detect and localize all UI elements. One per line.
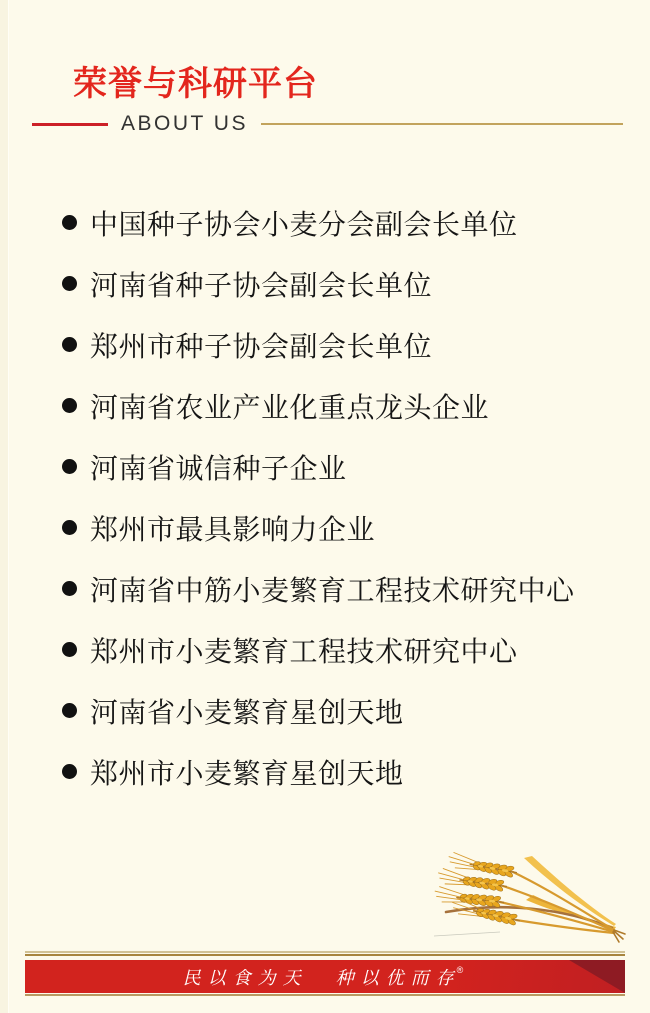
- bullet-icon: [62, 642, 77, 657]
- footer-slogan-bar: 民以食为天 种以优而存 ®: [25, 960, 625, 993]
- red-divider-line: [32, 123, 108, 126]
- bullet-icon: [62, 215, 77, 230]
- footer-gold-rule-light: [25, 951, 625, 953]
- honor-label: 郑州市最具影响力企业: [90, 508, 375, 548]
- list-item: 河南省小麦繁育星创天地: [62, 680, 575, 741]
- slogan-left-text: 民以食为天: [183, 964, 308, 990]
- bullet-icon: [62, 520, 77, 535]
- list-item: 郑州市小麦繁育星创天地: [62, 741, 575, 802]
- bullet-icon: [62, 398, 77, 413]
- honor-label: 河南省小麦繁育星创天地: [90, 691, 404, 731]
- honor-label: 河南省农业产业化重点龙头企业: [90, 386, 489, 426]
- honor-label: 郑州市小麦繁育工程技术研究中心: [90, 630, 518, 670]
- subtitle-row: ABOUT US: [32, 112, 623, 136]
- list-item: 河南省中筋小麦繁育工程技术研究中心: [62, 558, 575, 619]
- footer-corner-accent: [569, 960, 625, 993]
- honor-label: 郑州市种子协会副会长单位: [90, 325, 432, 365]
- list-item: 郑州市种子协会副会长单位: [62, 314, 575, 375]
- footer-gold-rule-dark: [25, 954, 625, 956]
- honor-label: 郑州市小麦繁育星创天地: [90, 752, 404, 792]
- bullet-icon: [62, 764, 77, 779]
- list-item: 河南省农业产业化重点龙头企业: [62, 375, 575, 436]
- registered-trademark-mark: ®: [457, 965, 464, 975]
- page-title: 荣誉与科研平台: [73, 56, 318, 105]
- honor-label: 河南省诚信种子企业: [90, 447, 347, 487]
- bullet-icon: [62, 276, 77, 291]
- honor-label: 中国种子协会小麦分会副会长单位: [90, 203, 518, 243]
- wheat-ears-icon: [428, 850, 628, 950]
- list-item: 河南省诚信种子企业: [62, 436, 575, 497]
- honor-label: 河南省种子协会副会长单位: [90, 264, 432, 304]
- list-item: 河南省种子协会副会长单位: [62, 253, 575, 314]
- honor-label: 河南省中筋小麦繁育工程技术研究中心: [90, 569, 575, 609]
- bullet-icon: [62, 581, 77, 596]
- slogan-right-text: 种以优而存: [336, 964, 461, 990]
- page-subtitle: ABOUT US: [121, 112, 248, 136]
- footer-bottom-gold-rule: [25, 994, 625, 996]
- list-item: 郑州市小麦繁育工程技术研究中心: [62, 619, 575, 680]
- page-left-fold-line: [0, 0, 9, 1013]
- footer-slogan: 民以食为天 种以优而存 ®: [183, 964, 468, 990]
- list-item: 郑州市最具影响力企业: [62, 497, 575, 558]
- bullet-icon: [62, 459, 77, 474]
- bullet-icon: [62, 703, 77, 718]
- honor-list: 中国种子协会小麦分会副会长单位 河南省种子协会副会长单位 郑州市种子协会副会长单…: [62, 192, 575, 802]
- honors-page: 荣誉与科研平台 ABOUT US 中国种子协会小麦分会副会长单位 河南省种子协会…: [0, 0, 650, 1013]
- bullet-icon: [62, 337, 77, 352]
- gold-divider-line: [261, 123, 623, 125]
- list-item: 中国种子协会小麦分会副会长单位: [62, 192, 575, 253]
